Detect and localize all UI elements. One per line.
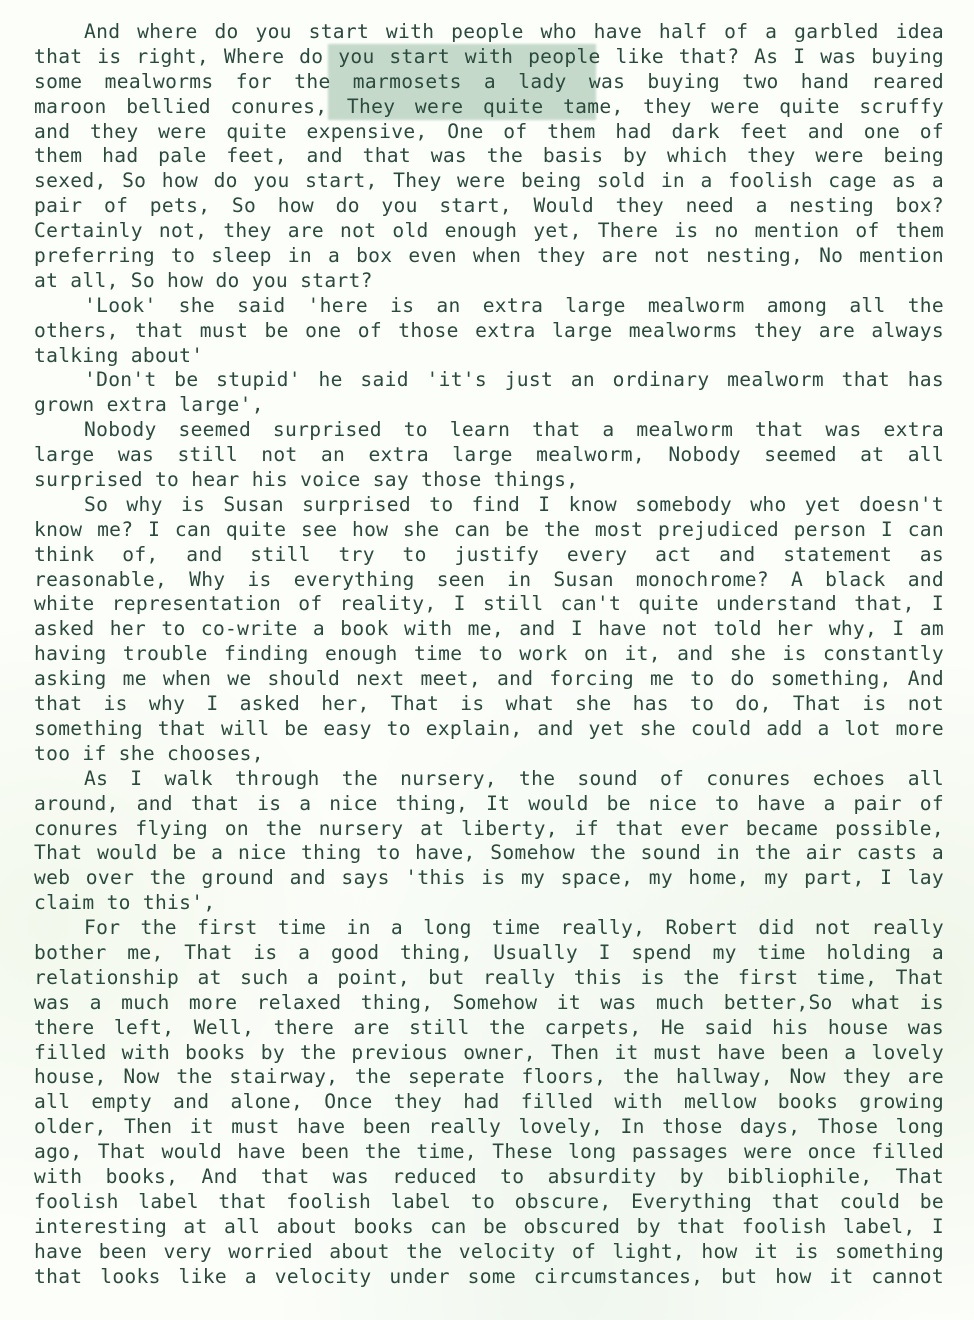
line-text: That would be a nice thing to have, Some… [34,841,944,866]
text-line: them had pale feet, and that was the bas… [34,144,944,169]
line-text: was a much more relaxed thing, Somehow i… [34,991,944,1016]
text-line: For the first time in a long time really… [34,916,944,941]
line-text: and they were quite expensive, One of th… [34,120,944,145]
line-text: that looks like a velocity under some ci… [34,1265,944,1290]
text-line: interesting at all about books can be ob… [34,1215,944,1240]
line-text: sexed, So how do you start, They were be… [34,169,944,194]
line-text: around, and that is a nice thing, It wou… [34,792,944,817]
text-line: grown extra large', [34,393,944,418]
paragraph: And where do you start with people who h… [34,20,944,294]
text-line: there left, Well, there are still the ca… [34,1016,944,1041]
line-text: maroon bellied conures, They were quite … [34,95,944,120]
text-line: think of, and still try to justify every… [34,543,944,568]
line-text: conures flying on the nursery at liberty… [34,817,944,842]
line-text: have been very worried about the velocit… [34,1240,944,1265]
line-text: asking me when we should next meet, and … [34,667,944,692]
line-text: them had pale feet, and that was the bas… [34,144,944,169]
line-text: too if she chooses, [34,742,944,767]
line-text: preferring to sleep in a box even when t… [34,244,944,269]
text-line: sexed, So how do you start, They were be… [34,169,944,194]
line-text: think of, and still try to justify every… [34,543,944,568]
text-line: As I walk through the nursery, the sound… [34,767,944,792]
line-text: foolish label that foolish label to obsc… [34,1190,944,1215]
line-text: 'Don't be stupid' he said 'it's just an … [84,368,944,393]
text-line: and they were quite expensive, One of th… [34,120,944,145]
text-line: asked her to co-write a book with me, an… [34,617,944,642]
line-text: talking about' [34,344,944,369]
line-text: asked her to co-write a book with me, an… [34,617,944,642]
scanned-page: And where do you start with people who h… [0,0,974,1320]
text-line: having trouble finding enough time to wo… [34,642,944,667]
line-text: grown extra large', [34,393,944,418]
text-line: something that will be easy to explain, … [34,717,944,742]
text-line: that is right, Where do you start with p… [34,45,944,70]
line-text: pair of pets, So how do you start, Would… [34,194,944,219]
line-text: something that will be easy to explain, … [34,717,944,742]
line-text: bother me, That is a good thing, Usually… [34,941,944,966]
line-text: ago, That would have been the time, Thes… [34,1140,944,1165]
text-line: And where do you start with people who h… [34,20,944,45]
line-text: at all, So how do you start? [34,269,944,294]
text-line: older, Then it must have been really lov… [34,1115,944,1140]
line-text: As I walk through the nursery, the sound… [84,767,944,792]
paragraph: As I walk through the nursery, the sound… [34,767,944,916]
paragraph: 'Don't be stupid' he said 'it's just an … [34,368,944,418]
line-text: web over the ground and says 'this is my… [34,866,944,891]
line-text: all empty and alone, Once they had fille… [34,1090,944,1115]
text-line: relationship at such a point, but really… [34,966,944,991]
text-line: reasonable, Why is everything seen in Su… [34,568,944,593]
line-text: white representation of reality, I still… [34,592,944,617]
text-line: pair of pets, So how do you start, Would… [34,194,944,219]
line-text: reasonable, Why is everything seen in Su… [34,568,944,593]
document-body: And where do you start with people who h… [34,20,944,1289]
text-line: house, Now the stairway, the seperate fl… [34,1065,944,1090]
line-text: relationship at such a point, but really… [34,966,944,991]
text-line: others, that must be one of those extra … [34,319,944,344]
text-line: web over the ground and says 'this is my… [34,866,944,891]
line-text: large was still not an extra large mealw… [34,443,944,468]
line-text: interesting at all about books can be ob… [34,1215,944,1240]
text-line: So why is Susan surprised to find I know… [34,493,944,518]
text-line: 'Don't be stupid' he said 'it's just an … [34,368,944,393]
paragraph: Nobody seemed surprised to learn that a … [34,418,944,493]
line-text: surprised to hear his voice say those th… [34,468,944,493]
text-line: asking me when we should next meet, and … [34,667,944,692]
line-text: Nobody seemed surprised to learn that a … [84,418,944,443]
text-line: preferring to sleep in a box even when t… [34,244,944,269]
paragraph: For the first time in a long time really… [34,916,944,1289]
text-line: with books, And that was reduced to absu… [34,1165,944,1190]
text-line: filled with books by the previous owner,… [34,1041,944,1066]
text-line: was a much more relaxed thing, Somehow i… [34,991,944,1016]
line-text: 'Look' she said 'here is an extra large … [84,294,944,319]
line-text: with books, And that was reduced to absu… [34,1165,944,1190]
text-line: large was still not an extra large mealw… [34,443,944,468]
text-line: surprised to hear his voice say those th… [34,468,944,493]
text-line: talking about' [34,344,944,369]
text-line: that looks like a velocity under some ci… [34,1265,944,1290]
line-text: house, Now the stairway, the seperate fl… [34,1065,944,1090]
line-text: that is why I asked her, That is what sh… [34,692,944,717]
line-text: that is right, Where do you start with p… [34,45,944,70]
text-line: conures flying on the nursery at liberty… [34,817,944,842]
text-line: all empty and alone, Once they had fille… [34,1090,944,1115]
text-line: Certainly not, they are not old enough y… [34,219,944,244]
paragraph: So why is Susan surprised to find I know… [34,493,944,767]
line-text: claim to this', [34,891,944,916]
line-text: others, that must be one of those extra … [34,319,944,344]
line-text: older, Then it must have been really lov… [34,1115,944,1140]
line-text: For the first time in a long time really… [84,916,944,941]
text-line: foolish label that foolish label to obsc… [34,1190,944,1215]
line-text: some mealworms for the marmosets a lady … [34,70,944,95]
text-line: at all, So how do you start? [34,269,944,294]
text-line: Nobody seemed surprised to learn that a … [34,418,944,443]
text-line: ago, That would have been the time, Thes… [34,1140,944,1165]
paragraph: 'Look' she said 'here is an extra large … [34,294,944,369]
text-line: too if she chooses, [34,742,944,767]
line-text: So why is Susan surprised to find I know… [84,493,944,518]
line-text: know me? I can quite see how she can be … [34,518,944,543]
line-text: having trouble finding enough time to wo… [34,642,944,667]
text-line: white representation of reality, I still… [34,592,944,617]
text-line: 'Look' she said 'here is an extra large … [34,294,944,319]
text-line: bother me, That is a good thing, Usually… [34,941,944,966]
line-text: there left, Well, there are still the ca… [34,1016,944,1041]
line-text: Certainly not, they are not old enough y… [34,219,944,244]
text-line: maroon bellied conures, They were quite … [34,95,944,120]
text-line: some mealworms for the marmosets a lady … [34,70,944,95]
text-line: know me? I can quite see how she can be … [34,518,944,543]
line-text: And where do you start with people who h… [84,20,944,45]
text-line: That would be a nice thing to have, Some… [34,841,944,866]
text-line: claim to this', [34,891,944,916]
text-line: around, and that is a nice thing, It wou… [34,792,944,817]
text-line: that is why I asked her, That is what sh… [34,692,944,717]
text-line: have been very worried about the velocit… [34,1240,944,1265]
line-text: filled with books by the previous owner,… [34,1041,944,1066]
